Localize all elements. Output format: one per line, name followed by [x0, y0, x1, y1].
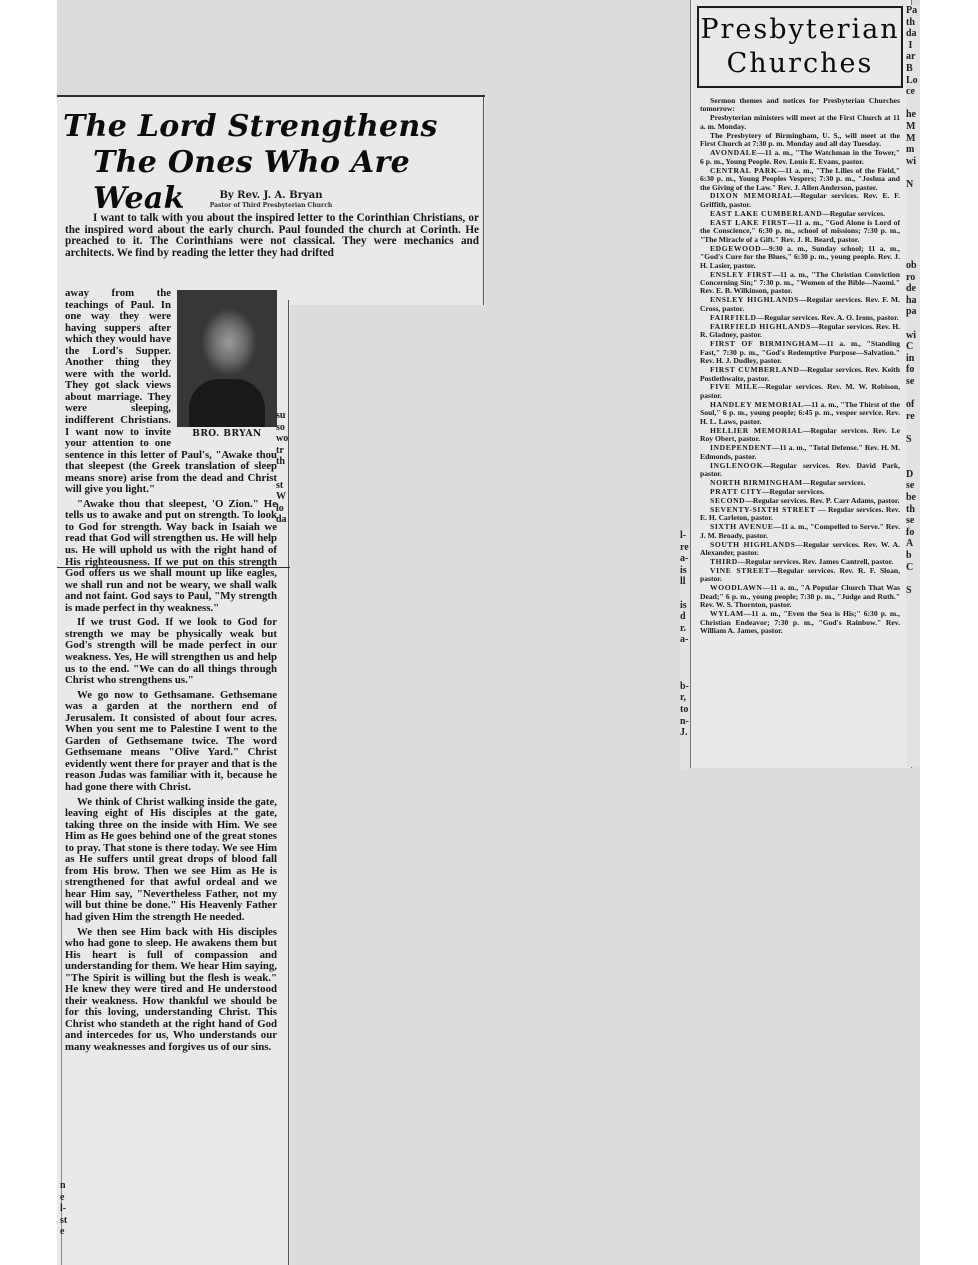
church-notice-text: —Regular services. Rev. P. Carr Adams, p…	[745, 496, 899, 505]
section-title-box: Presbyterian Churches	[697, 6, 903, 88]
column-rule	[483, 97, 484, 305]
article-header-clip: The Lord Strengthens The Ones Who Are We…	[57, 95, 485, 305]
church-name: PRATT CITY	[710, 487, 762, 496]
church-notice: HANDLEY MEMORIAL—11 a. m., "The Thirst o…	[700, 401, 900, 426]
church-notice-text: —Regular services. Rev. James Cantrell, …	[738, 557, 893, 566]
adjacent-column-fragment: Pa th da I ar B Lo ce he M M m wi N ob r…	[906, 5, 920, 767]
church-notice: SEVENTY-SIXTH STREET — Regular services.…	[700, 506, 900, 523]
body-paragraph: "Awake thou that sleepest, 'O Zion." He …	[65, 499, 277, 614]
church-notice: SIXTH AVENUE—11 a. m., "Compelled to Ser…	[700, 523, 900, 540]
church-notice: WYLAM—11 a. m., "Even the Sea is His;" 6…	[700, 610, 900, 635]
church-name: FAIRFIELD	[710, 313, 757, 322]
byline: By Rev. J. A. Bryan	[57, 190, 485, 201]
presbyterian-churches-clip: Presbyterian Churches Sermon themes and …	[690, 0, 912, 768]
church-name: THIRD	[710, 557, 738, 566]
church-name: NORTH BIRMINGHAM	[710, 478, 803, 487]
church-notice: INDEPENDENT—11 a. m., "Total Defense." R…	[700, 444, 900, 461]
photo-caption: BRO. BRYAN	[177, 429, 277, 441]
church-notice: INGLENOOK—Regular services. Rev. David P…	[700, 462, 900, 479]
adjacent-column-fragment: l- re a- is ll is d r. a- b- r, to n- J.	[680, 530, 690, 770]
crossing-rule	[57, 567, 290, 568]
author-photo: BRO. BRYAN	[177, 290, 277, 442]
body-paragraph: If we trust God. If we look to God for s…	[65, 617, 277, 686]
headline-line-1: The Lord Strengthens	[63, 109, 438, 144]
church-notice: FAIRFIELD HIGHLANDS—Regular services. Re…	[700, 323, 900, 340]
body-paragraph: We think of Christ walking inside the ga…	[65, 797, 277, 924]
church-notice-text: —Regular services. Rev. A. O. Irons, pas…	[757, 313, 899, 322]
body-paragraph: We then see Him back with His disciples …	[65, 927, 277, 1054]
church-notice: AVONDALE—11 a. m., "The Watchman in the …	[700, 149, 900, 166]
church-notice: HELLIER MEMORIAL—Regular services. Rev. …	[700, 427, 900, 444]
church-notice: VINE STREET—Regular services. Rev. R. F.…	[700, 567, 900, 584]
lead-paragraph: I want to talk with you about the inspir…	[65, 213, 479, 259]
adjacent-column-fragment: su so wo tr th st W lo da	[276, 410, 290, 530]
church-notice: SOUTH HIGHLANDS—Regular services. Rev. W…	[700, 541, 900, 558]
church-notice: EAST LAKE FIRST—11 a. m., "God Alone is …	[700, 219, 900, 244]
section-title-line-2: Churches	[699, 47, 901, 81]
church-notice-text: —Regular services.	[822, 209, 885, 218]
church-notice: CENTRAL PARK—11 a. m., "The Lilies of th…	[700, 167, 900, 192]
intro-notice: Presbyterian ministers will meet at the …	[700, 114, 900, 131]
byline-title: Pastor of Third Presbyterian Church	[57, 202, 485, 209]
church-name: EAST LAKE CUMBERLAND	[710, 209, 822, 218]
church-notice: ENSLEY FIRST—11 a. m., "The Christian Co…	[700, 271, 900, 296]
church-name: SECOND	[710, 496, 745, 505]
section-title-line-1: Presbyterian	[699, 13, 901, 47]
article-body-clip: BRO. BRYAN away from the teachings of Pa…	[57, 300, 290, 1265]
intro-notice: Sermon themes and notices for Presbyteri…	[700, 97, 900, 114]
church-notice: FIVE MILE—Regular services. Rev. M. W. R…	[700, 383, 900, 400]
article-body: BRO. BRYAN away from the teachings of Pa…	[65, 288, 277, 1057]
portrait-image	[177, 290, 277, 427]
church-notice-text: —Regular services.	[803, 478, 866, 487]
church-notice: WOODLAWN—11 a. m., "A Popular Church Tha…	[700, 584, 900, 609]
church-notice: FIRST CUMBERLAND—Regular services. Rev. …	[700, 366, 900, 383]
church-notice: EDGEWOOD—9:30 a. m., Sunday school; 11 a…	[700, 245, 900, 270]
intro-notice: The Presbytery of Birmingham, U. S., wil…	[700, 132, 900, 149]
church-notice: DIXON MEMORIAL—Regular services. Rev. E.…	[700, 192, 900, 209]
church-notice-text: —Regular services.	[762, 487, 825, 496]
adjacent-column-fragment: n e l- st e	[60, 1180, 70, 1265]
body-paragraph: We go now to Gethsamane. Gethsemane was …	[65, 690, 277, 794]
church-notices: Sermon themes and notices for Presbyteri…	[700, 97, 900, 636]
continuation-paragraph: BRO. BRYAN away from the teachings of Pa…	[65, 288, 277, 496]
church-notice: FIRST OF BIRMINGHAM—11 a. m., "Standing …	[700, 340, 900, 365]
church-notice: ENSLEY HIGHLANDS—Regular services. Rev. …	[700, 296, 900, 313]
